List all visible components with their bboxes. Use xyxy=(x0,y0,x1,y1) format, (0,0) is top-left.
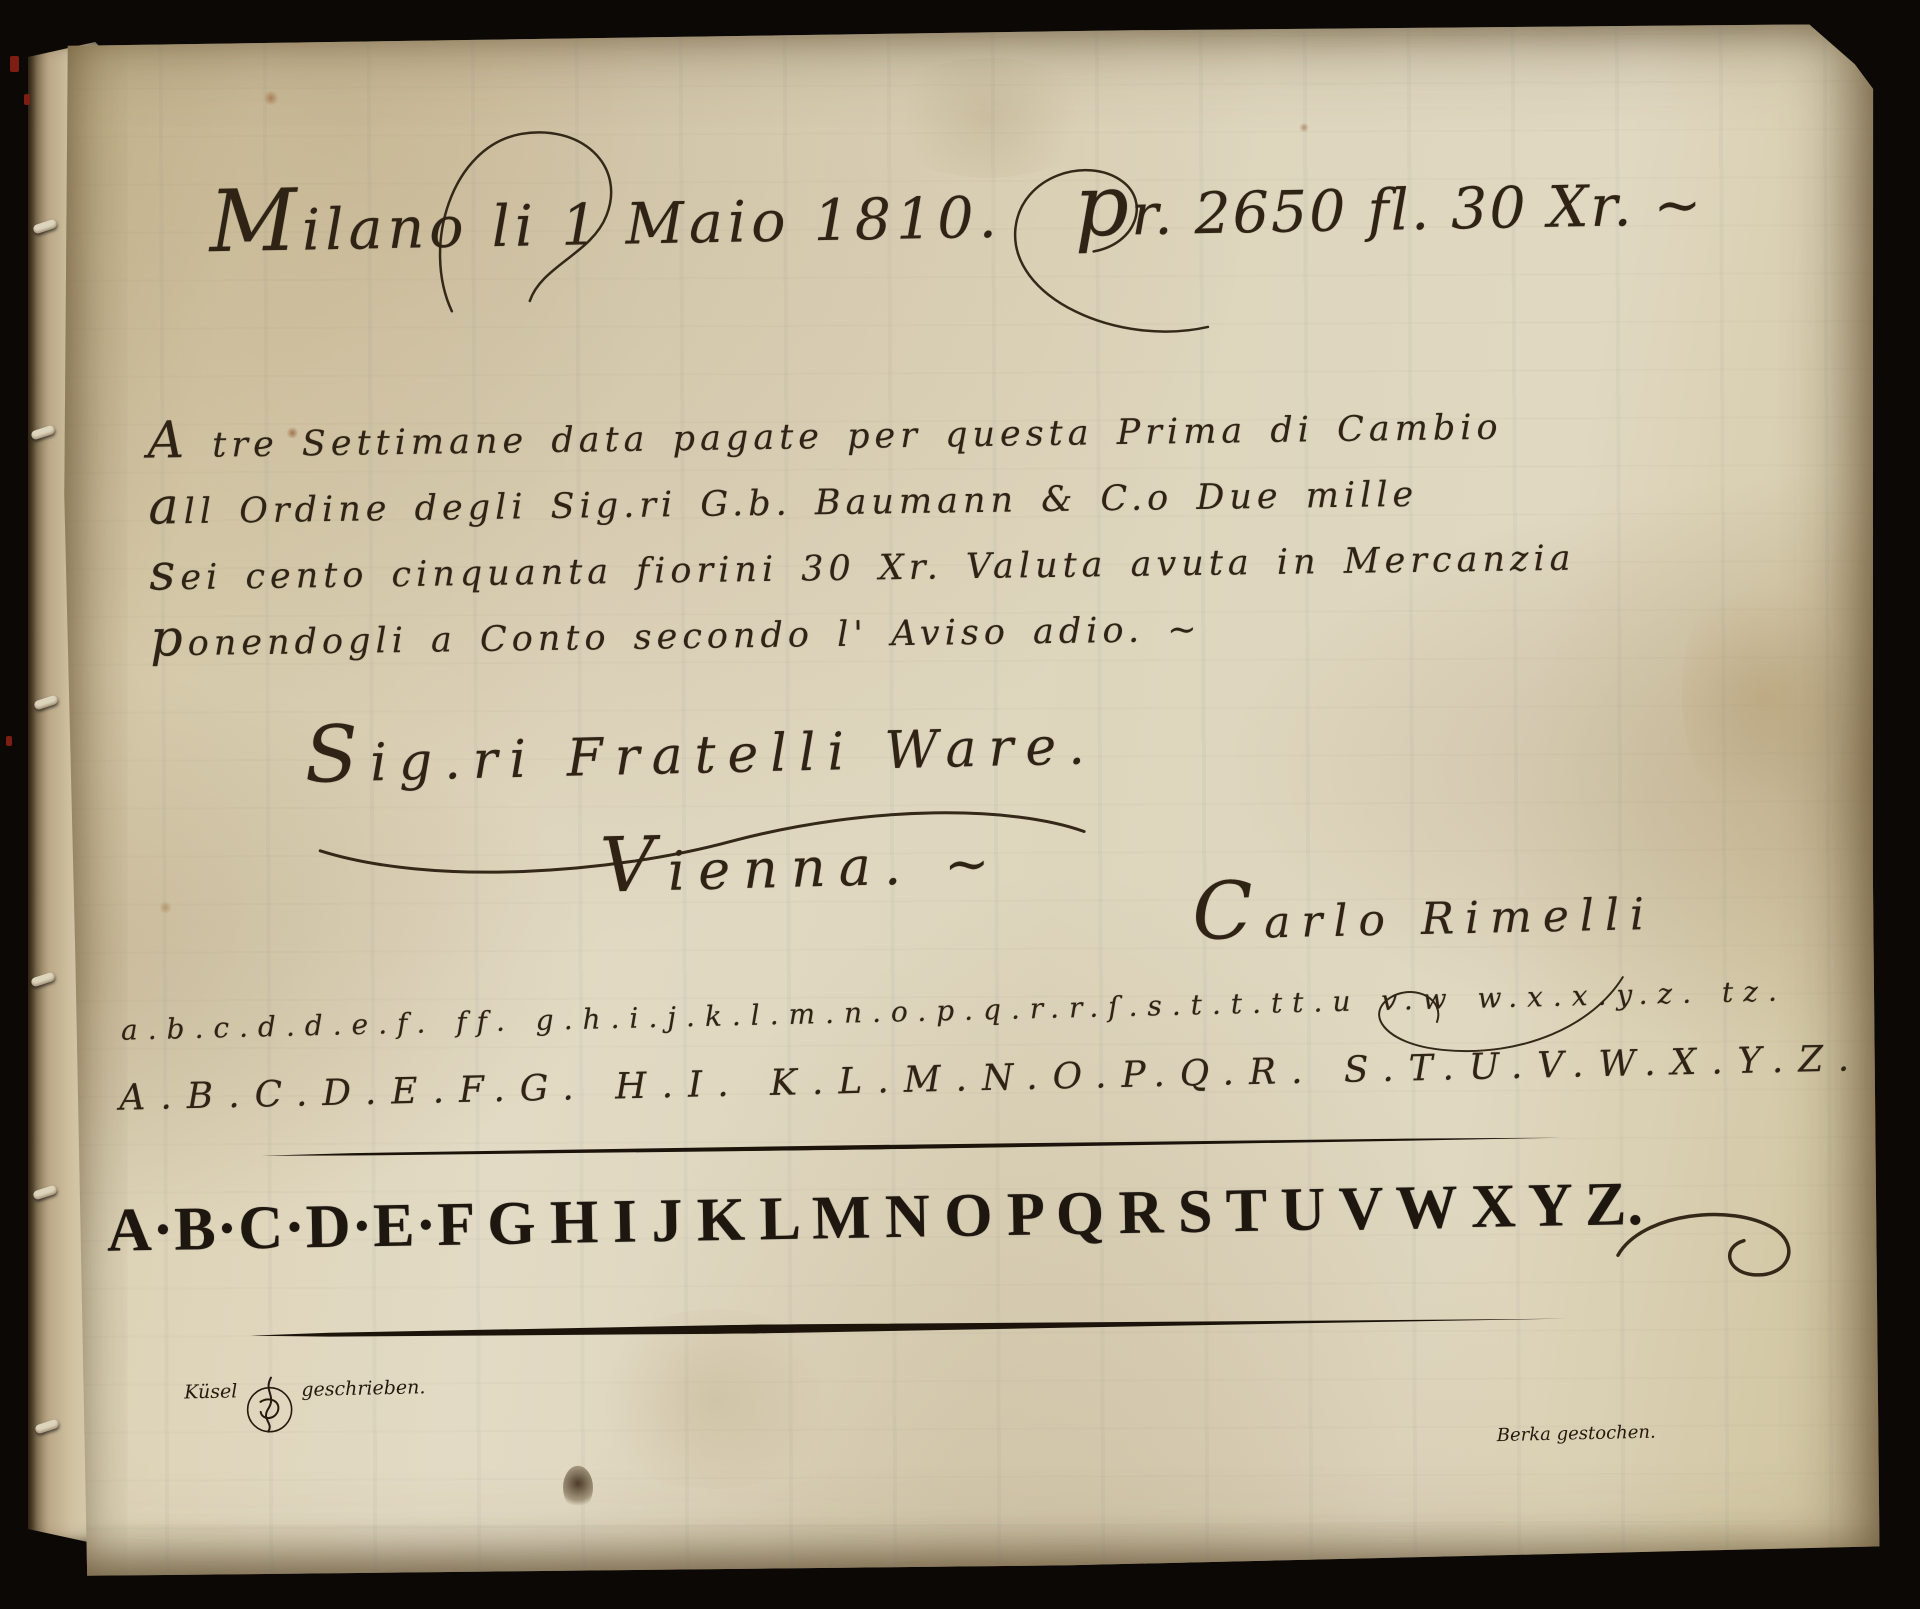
writer-credit-name: Küsel xyxy=(184,1380,238,1403)
dateline-place-date: Milano li 1 Maio 1810. xyxy=(209,185,1002,266)
damp-stain xyxy=(879,57,1100,178)
manuscript-scan: { "document": { "type": "Calligraphy cop… xyxy=(0,0,1920,1609)
paper-page: Milano li 1 Maio 1810. pr. 2650 fl. 30 X… xyxy=(59,24,1882,1576)
alphabet-lowercase-script: a.b.c.d.d.e.f. ff. g.h.i.j.k.l.m.n.o.p.q… xyxy=(121,974,1788,1046)
dateline-row: Milano li 1 Maio 1810. pr. 2650 fl. 30 X… xyxy=(209,172,1704,265)
writer-monogram-icon xyxy=(243,1375,296,1441)
ink-blot xyxy=(563,1466,593,1510)
bill-body: A tre Settimane data pagate per questa P… xyxy=(147,394,1577,678)
writer-credit: Küsel geschrieben. xyxy=(184,1376,426,1442)
film-speck xyxy=(24,94,30,105)
addressee-name: Sig.ri Fratelli Ware. xyxy=(304,716,1097,795)
film-speck xyxy=(6,736,12,746)
fox-spot xyxy=(1299,123,1309,133)
alphabet-roman-capitals: A·B·C·D·E·F G H I J K L M N O P Q R S T … xyxy=(106,1169,1644,1267)
addressee-city: Vienna. ~ xyxy=(600,831,1004,904)
engraver-credit: Berka gestochen. xyxy=(1497,1422,1656,1446)
damp-stain xyxy=(1681,564,1842,825)
fox-spot xyxy=(263,91,279,105)
fox-spot xyxy=(158,901,172,913)
signature: Carlo Rimelli xyxy=(1192,889,1656,950)
damp-stain xyxy=(584,1309,845,1490)
ruled-divider-bottom xyxy=(250,1314,1566,1340)
writer-credit-word: geschrieben. xyxy=(301,1376,426,1401)
alphabet-uppercase-script: A.B.C.D.E.F.G. H.I. K.L.M.N.O.P.Q.R. S.T… xyxy=(119,1038,1865,1119)
ruled-divider-top xyxy=(262,1135,1562,1158)
film-speck xyxy=(10,56,19,72)
dateline-amount: pr. 2650 fl. 30 Xr. ~ xyxy=(1074,172,1704,250)
